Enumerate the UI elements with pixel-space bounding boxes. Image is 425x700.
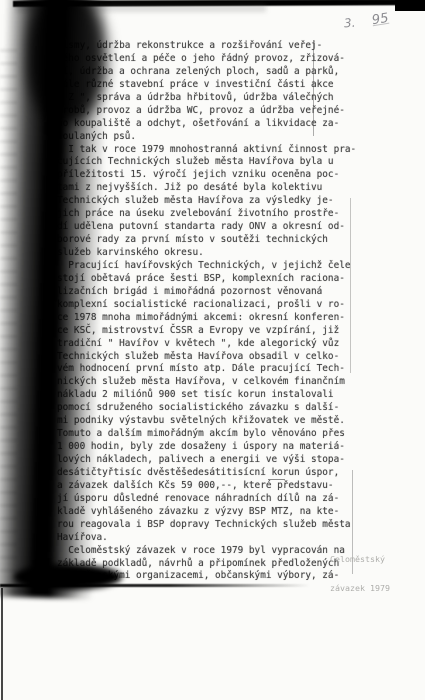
typed-line: vém hodnocení první místo atp. Dále prac… xyxy=(57,363,356,376)
typed-line: nismy, údržba rekonstrukce a rozšiřování… xyxy=(57,40,356,53)
typed-line: pomocí sdruženého socialistického závazk… xyxy=(57,402,356,415)
page-left-edge-line xyxy=(1,588,3,700)
typed-line: mi podniky výstavbu světelných křižovate… xyxy=(57,415,356,428)
typed-line: ho koupaliště a odchyt, ošetřování a lik… xyxy=(57,118,356,131)
page-top-haze xyxy=(16,5,266,12)
typed-line: ce 1978 mnoha mimořádnými akcemi: okresn… xyxy=(57,312,356,325)
typed-line: lových nákladech, palivech a energii ve … xyxy=(57,454,356,467)
margin-note-line1: Celoměstský xyxy=(330,555,390,565)
typed-line: základě podkladů, návrhů a připomínek př… xyxy=(57,558,356,571)
typed-line: borové rady za první místo v soutěži tec… xyxy=(57,234,356,247)
typed-line: Technických služeb města Havířova obsadi… xyxy=(57,351,356,364)
typed-line: desátičtyřtisíc dvěstěšedesátitisícní ko… xyxy=(57,467,356,480)
typed-line: hrobů, provoz a údržba WC, provoz a údrž… xyxy=(57,105,356,118)
typed-text-block: nismy, údržba rekonstrukce a rozšiřování… xyxy=(57,40,356,583)
page-bottom-edge xyxy=(0,584,310,587)
typed-line: dále různé stavební práce v investiční č… xyxy=(57,79,356,92)
typed-line: I tak v roce 1979 mnohostranná aktivní č… xyxy=(57,144,356,157)
ghost-bleed-strip xyxy=(0,42,17,582)
page-top-corner xyxy=(395,0,425,11)
typed-line: příležitosti 15. výročí jejich vzniku oc… xyxy=(57,169,356,182)
typed-line: a závazek dalších Kčs 59 000,--, které p… xyxy=(57,480,356,493)
document-scan: nismy, údržba rekonstrukce a rozšiřování… xyxy=(0,0,425,700)
margin-note: Celoměstský závazek 1979 xyxy=(330,536,390,613)
typed-line: toulaných psů. xyxy=(57,131,356,144)
typed-line: rou reagovala i BSP dopravy Technických … xyxy=(57,519,356,532)
typed-line: Tomuto a dalším mimořádným akcím bylo vě… xyxy=(57,428,356,441)
typed-line: komplexní socialistické racionalizaci, p… xyxy=(57,299,356,312)
typed-line: Pracující havířovských Technických, v je… xyxy=(57,260,356,273)
typed-line: jí úsporu důsledné renovace náhradních d… xyxy=(57,493,356,506)
typed-line: 1 000 hodin, byly zde dosaženy i úspory … xyxy=(57,441,356,454)
typed-line: stojí obětavá práce šesti BSP, komplexní… xyxy=(57,273,356,286)
typed-line: nických služeb města Havířova, v celkové… xyxy=(57,376,356,389)
typed-line: nákladu 2 miliónů 900 set tisíc korun in… xyxy=(57,389,356,402)
typed-line: kladě vyhlášeného závazku z výzvy BSP MT… xyxy=(57,506,356,519)
typed-line: Celoměstský závazek v roce 1979 byl vypr… xyxy=(57,545,356,558)
typed-line: Havířova. xyxy=(57,532,356,545)
typed-line: služeb karvinského okresu. xyxy=(57,247,356,260)
handwritten-number-right: 95 xyxy=(371,11,390,28)
typed-line: společenskými organizacemi, občanskými v… xyxy=(57,570,356,583)
typed-line: " Z ", správa a údržba hřbitovů, údržba … xyxy=(57,92,356,105)
typed-line: ce KSČ, mistrovství ČSSR a Evropy ve vzp… xyxy=(57,325,356,338)
margin-note-line2: závazek 1979 xyxy=(330,584,390,594)
typed-line: Technických služeb města Havířova za výs… xyxy=(57,195,356,208)
typed-line: jich práce na úseku zvelebování životníh… xyxy=(57,208,356,221)
typed-line: tami z nejvyšších. Již po desáté byla ko… xyxy=(57,182,356,195)
typed-line: dí udělena putovní standarta rady ONV a … xyxy=(57,221,356,234)
typed-line: ného osvětlení a péče o jeho řádný provo… xyxy=(57,53,356,66)
typed-line: lizačních brigád i mimořádná pozornost v… xyxy=(57,286,356,299)
handwritten-number-left: 3. xyxy=(344,16,356,31)
typed-line: cujících Technických služeb města Havířo… xyxy=(57,156,356,169)
typed-line: tradiční " Havířov v květech ", kde aleg… xyxy=(57,338,356,351)
typed-line: ní, údržba a ochrana zelených ploch, sad… xyxy=(57,66,356,79)
